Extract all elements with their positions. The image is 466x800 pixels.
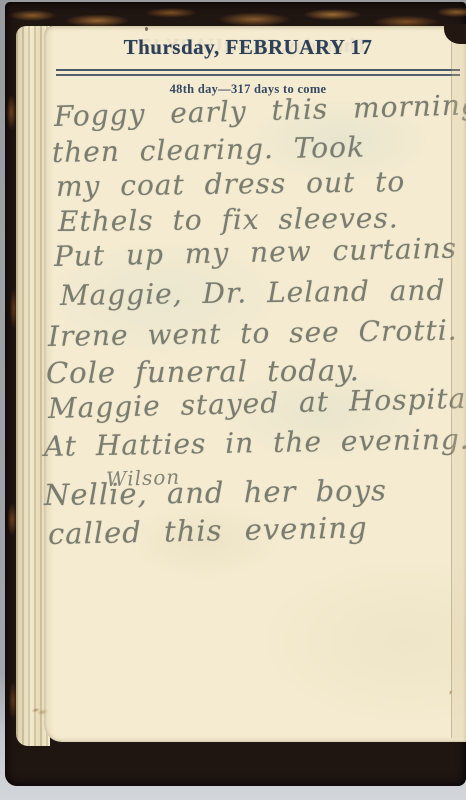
- handwritten-line: my coat dress out to: [56, 168, 406, 201]
- handwritten-line: then clearing. Took: [52, 134, 365, 167]
- handwritten-line: Maggie stayed at Hospital: [48, 385, 466, 423]
- handwritten-line: At Hatties in the evening.: [44, 426, 466, 461]
- paper-speck: [145, 27, 148, 31]
- handwritten-line: called this evening: [48, 513, 368, 549]
- header-double-rule: [56, 69, 460, 76]
- handwritten-line: Put up my new curtains: [54, 235, 458, 271]
- handwritten-line: Maggie, Dr. Leland and: [60, 277, 446, 310]
- handwritten-line: Ethels to fix sleeves.: [58, 204, 399, 236]
- handwritten-line: Cole funeral today.: [46, 356, 360, 388]
- diary-scan: Thursday, FEBRUARY 17 Thursday, FEBRUARY…: [0, 0, 466, 800]
- handwritten-line: Foggy early this morning: [54, 91, 466, 131]
- page-edge-shade: [452, 30, 466, 738]
- handwritten-line: Irene went to see Crotti.: [48, 317, 458, 351]
- diary-page: Thursday, FEBRUARY 17 Thursday, FEBRUARY…: [44, 26, 466, 742]
- page-date-title: Thursday, FEBRUARY 17: [44, 35, 452, 60]
- handwritten-line: Nellie, and her boys: [44, 476, 387, 510]
